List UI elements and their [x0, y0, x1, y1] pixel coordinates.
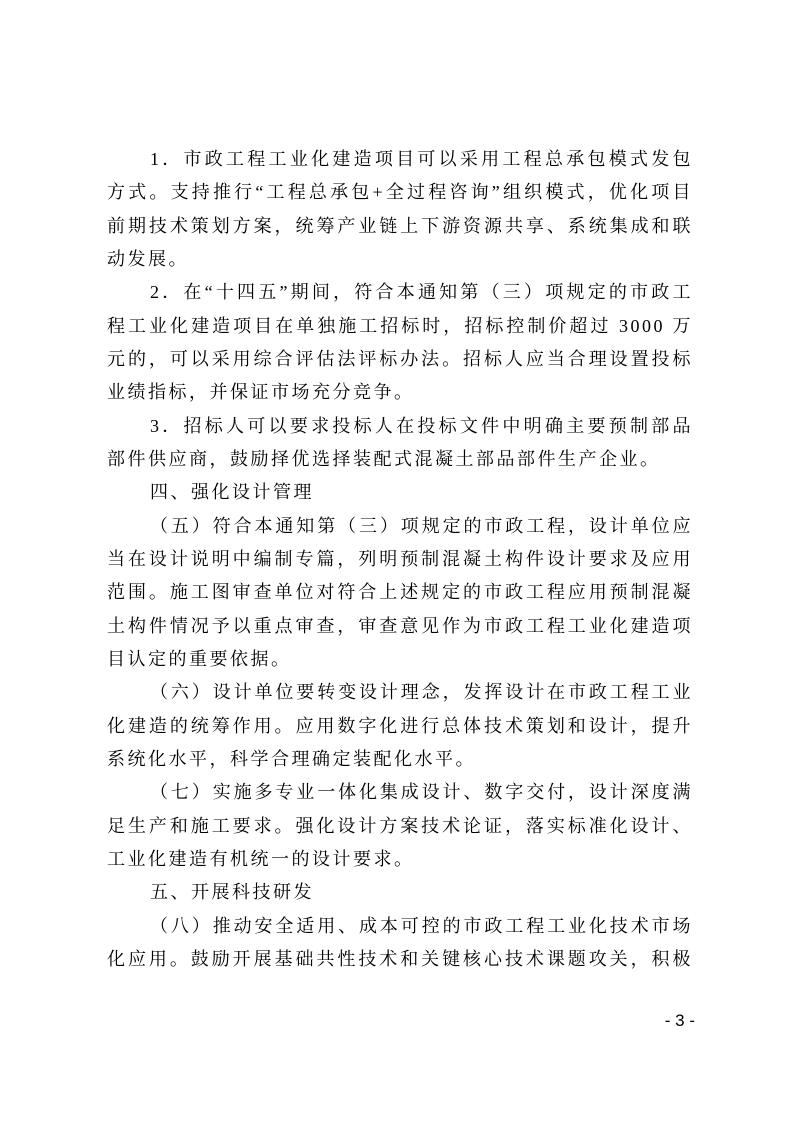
text-line: 部件供应商，鼓励择优选择装配式混凝土部品部件生产企业。: [107, 443, 693, 476]
paragraph-item-3: 3．招标人可以要求投标人在投标文件中明确主要预制部品 部件供应商，鼓励择优选择装…: [107, 410, 693, 477]
text-line: （八）推动安全适用、成本可控的市政工程工业化技术市场: [107, 910, 693, 943]
text-line: 范围。施工图审查单位对符合上述规定的市政工程应用预制混凝: [107, 576, 693, 609]
paragraph-item-2: 2．在“十四五”期间，符合本通知第（三）项规定的市政工 程工业化建造项目在单独施…: [107, 276, 693, 409]
text-line: 前期技术策划方案，统筹产业链上下游资源共享、系统集成和联: [107, 210, 693, 243]
paragraph-clause-8: （八）推动安全适用、成本可控的市政工程工业化技术市场 化应用。鼓励开展基础共性技…: [107, 910, 693, 977]
text-line: 足生产和施工要求。强化设计方案技术论证，落实标准化设计、: [107, 810, 693, 843]
text-line: 化应用。鼓励开展基础共性技术和关键核心技术课题攻关，积极: [107, 943, 693, 976]
text-line: 1．市政工程工业化建造项目可以采用工程总承包模式发包: [107, 143, 693, 176]
text-line: （六）设计单位要转变设计理念，发挥设计在市政工程工业: [107, 676, 693, 709]
text-line: 程工业化建造项目在单独施工招标时，招标控制价超过 3000 万: [107, 310, 693, 343]
text-line: 当在设计说明中编制专篇，列明预制混凝土构件设计要求及应用: [107, 543, 693, 576]
text-line: 3．招标人可以要求投标人在投标文件中明确主要预制部品: [107, 410, 693, 443]
text-line: 动发展。: [107, 243, 693, 276]
section-heading-text: 四、强化设计管理: [107, 476, 693, 509]
document-page: 1．市政工程工业化建造项目可以采用工程总承包模式发包 方式。支持推行“工程总承包…: [0, 0, 794, 1123]
page-number: - 3 -: [665, 1011, 695, 1031]
paragraph-item-1: 1．市政工程工业化建造项目可以采用工程总承包模式发包 方式。支持推行“工程总承包…: [107, 143, 693, 276]
section-heading-text: 五、开展科技研发: [107, 876, 693, 909]
text-line: 化建造的统筹作用。应用数字化进行总体技术策划和设计，提升: [107, 710, 693, 743]
text-line: （五）符合本通知第（三）项规定的市政工程，设计单位应: [107, 510, 693, 543]
section-heading-research: 五、开展科技研发: [107, 876, 693, 909]
paragraph-clause-5: （五）符合本通知第（三）项规定的市政工程，设计单位应 当在设计说明中编制专篇，列…: [107, 510, 693, 677]
text-line: 元的，可以采用综合评估法评标办法。招标人应当合理设置投标: [107, 343, 693, 376]
text-line: 目认定的重要依据。: [107, 643, 693, 676]
text-line: 2．在“十四五”期间，符合本通知第（三）项规定的市政工: [107, 276, 693, 309]
text-line: 业绩指标，并保证市场充分竞争。: [107, 376, 693, 409]
text-line: 土构件情况予以重点审查，审查意见作为市政工程工业化建造项: [107, 610, 693, 643]
document-body: 1．市政工程工业化建造项目可以采用工程总承包模式发包 方式。支持推行“工程总承包…: [107, 143, 693, 976]
paragraph-clause-6: （六）设计单位要转变设计理念，发挥设计在市政工程工业 化建造的统筹作用。应用数字…: [107, 676, 693, 776]
section-heading-design-management: 四、强化设计管理: [107, 476, 693, 509]
text-line: 工业化建造有机统一的设计要求。: [107, 843, 693, 876]
paragraph-clause-7: （七）实施多专业一体化集成设计、数字交付，设计深度满 足生产和施工要求。强化设计…: [107, 776, 693, 876]
text-line: （七）实施多专业一体化集成设计、数字交付，设计深度满: [107, 776, 693, 809]
text-line: 方式。支持推行“工程总承包+全过程咨询”组织模式，优化项目: [107, 176, 693, 209]
text-line: 系统化水平，科学合理确定装配化水平。: [107, 743, 693, 776]
